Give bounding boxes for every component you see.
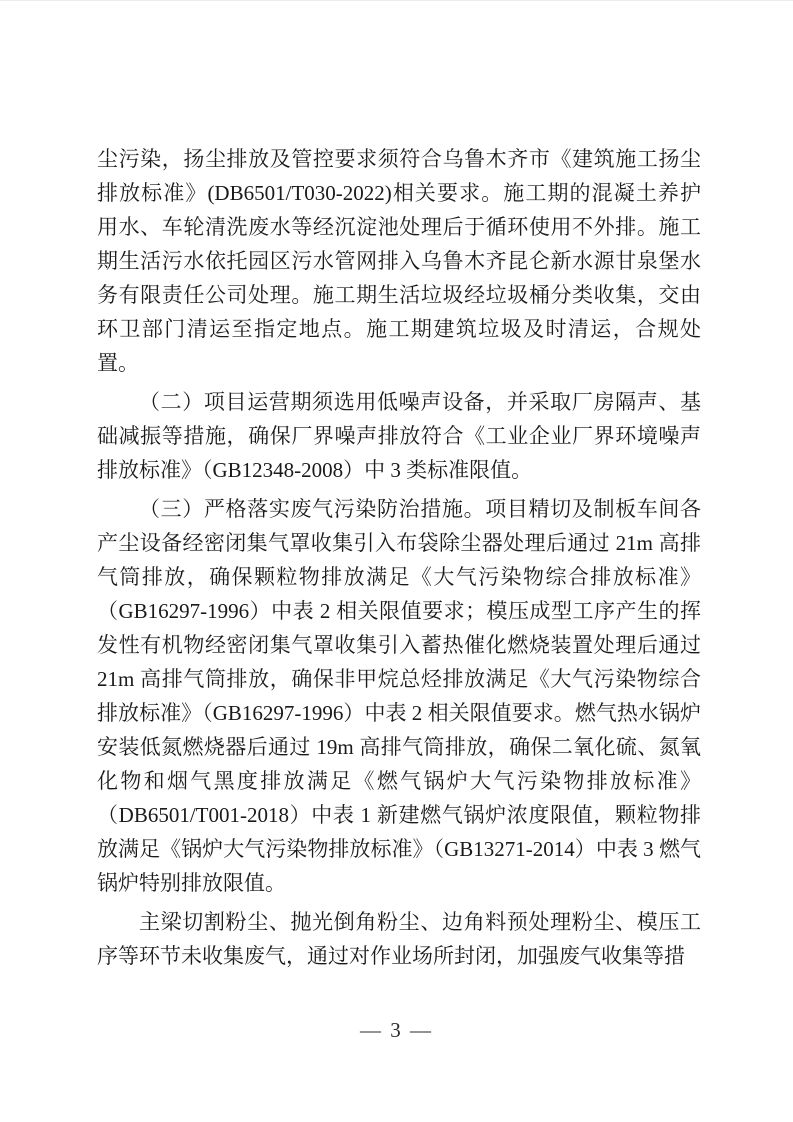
document-body: 尘污染，扬尘排放及管控要求须符合乌鲁木齐市《建筑施工扬尘排放标准》(DB6501… [97,142,701,978]
body-paragraph-clause-3-exhaust: （三）严格落实废气污染防治措施。项目精切及制板车间各产尘设备经密闭集气罩收集引入… [97,492,701,900]
body-paragraph-fugitive-dust: 主梁切割粉尘、抛光倒角粉尘、边角料预处理粉尘、模压工序等环节未收集废气，通过对作… [97,905,701,973]
body-paragraph-continuation: 尘污染，扬尘排放及管控要求须符合乌鲁木齐市《建筑施工扬尘排放标准》(DB6501… [97,142,701,380]
page-number: — 3 — [0,1013,793,1047]
document-page: 尘污染，扬尘排放及管控要求须符合乌鲁木齐市《建筑施工扬尘排放标准》(DB6501… [0,0,793,1122]
body-paragraph-clause-2-noise: （二）项目运营期须选用低噪声设备，并采取厂房隔声、基础减振等措施，确保厂界噪声排… [97,385,701,487]
